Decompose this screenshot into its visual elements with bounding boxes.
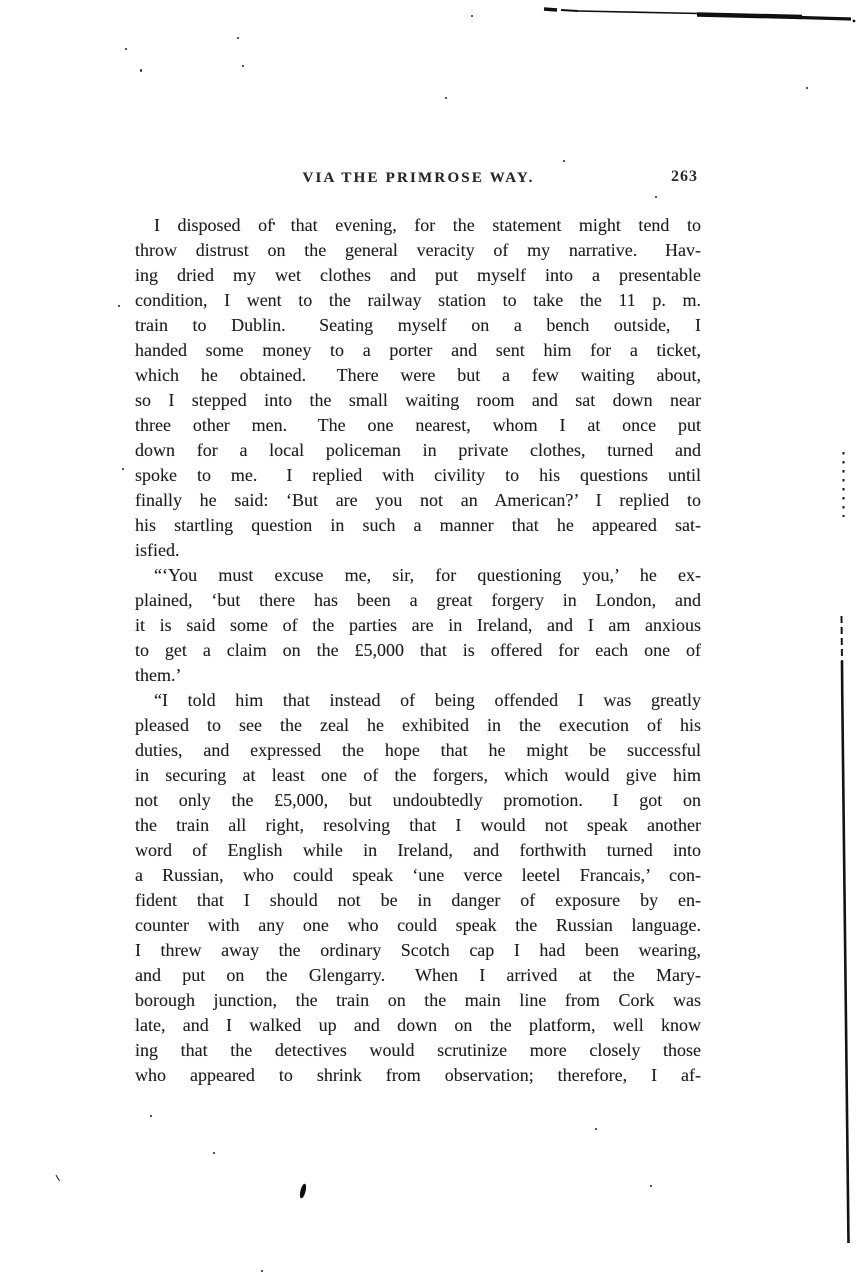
text-line: handed some money to a porter and sent h… bbox=[135, 338, 701, 363]
scan-speck bbox=[242, 65, 244, 67]
ink-blotch bbox=[299, 1183, 308, 1199]
body-text: I disposed of that evening, for the stat… bbox=[135, 213, 701, 1088]
scan-speck bbox=[445, 97, 447, 99]
text-line: not only the £5,000, but undoubtedly pro… bbox=[135, 788, 701, 813]
scan-speck bbox=[471, 15, 473, 17]
scan-line-top-right bbox=[544, 9, 851, 19]
scan-speck bbox=[150, 1115, 152, 1117]
text-line: it is said some of the parties are in Ir… bbox=[135, 613, 701, 638]
text-line: counter with any one who could speak the… bbox=[135, 913, 701, 938]
scan-speck bbox=[118, 305, 120, 307]
text-line: I disposed of that evening, for the stat… bbox=[135, 213, 701, 238]
scan-dash-right-margin bbox=[842, 616, 843, 663]
text-line: condition, I went to the railway station… bbox=[135, 288, 701, 313]
text-line: I threw away the ordinary Scotch cap I h… bbox=[135, 938, 701, 963]
text-line: in securing at least one of the forgers,… bbox=[135, 763, 701, 788]
text-line: so I stepped into the small waiting room… bbox=[135, 388, 701, 413]
text-line: plained, ‘but there has been a great for… bbox=[135, 588, 701, 613]
text-line: word of English while in Ireland, and fo… bbox=[135, 838, 701, 863]
text-line: down for a local policeman in private cl… bbox=[135, 438, 701, 463]
scan-speck bbox=[655, 196, 657, 198]
text-line: “I told him that instead of being offend… bbox=[135, 688, 701, 713]
text-line: which he obtained. There were but a few … bbox=[135, 363, 701, 388]
text-line: the train all right, resolving that I wo… bbox=[135, 813, 701, 838]
scan-speck bbox=[213, 1152, 215, 1154]
scan-tick-mark bbox=[56, 1175, 60, 1181]
running-title: VIA THE PRIMROSE WAY. bbox=[135, 170, 702, 187]
scanned-page: VIA THE PRIMROSE WAY. 263 I disposed of … bbox=[0, 0, 857, 1283]
text-line: his startling question in such a manner … bbox=[135, 513, 701, 538]
page-number: 263 bbox=[671, 168, 698, 186]
scan-speck bbox=[125, 48, 127, 50]
text-line: pleased to see the zeal he exhibited in … bbox=[135, 713, 701, 738]
scan-speck bbox=[237, 37, 239, 39]
text-line: throw distrust on the general veracity o… bbox=[135, 238, 701, 263]
text-line: ing that the detectives would scrutinize… bbox=[135, 1038, 701, 1063]
text-line: spoke to me. I replied with civility to … bbox=[135, 463, 701, 488]
text-line: them.’ bbox=[135, 663, 701, 688]
scan-dot-top-right bbox=[853, 20, 856, 23]
scan-speck bbox=[563, 160, 565, 162]
text-line: who appeared to shrink from observation;… bbox=[135, 1063, 701, 1088]
text-line: borough junction, the train on the main … bbox=[135, 988, 701, 1013]
scan-speck bbox=[261, 1270, 263, 1272]
scan-edge-line-right bbox=[842, 661, 849, 1243]
text-line: to get a claim on the £5,000 that is off… bbox=[135, 638, 701, 663]
scan-speck bbox=[595, 1128, 597, 1130]
text-line: isfied. bbox=[135, 538, 701, 563]
text-line: ing dried my wet clothes and put myself … bbox=[135, 263, 701, 288]
text-line: train to Dublin. Seating myself on a ben… bbox=[135, 313, 701, 338]
text-line: and put on the Glengarry. When I arrived… bbox=[135, 963, 701, 988]
text-line: late, and I walked up and down on the pl… bbox=[135, 1013, 701, 1038]
text-line: a Russian, who could speak ‘une verce le… bbox=[135, 863, 701, 888]
running-header: VIA THE PRIMROSE WAY. 263 bbox=[135, 170, 702, 192]
text-line: finally he said: ‘But are you not an Ame… bbox=[135, 488, 701, 513]
scan-speck bbox=[122, 468, 124, 470]
text-line: fident that I should not be in danger of… bbox=[135, 888, 701, 913]
scan-speck bbox=[806, 87, 808, 89]
scan-speck bbox=[650, 1185, 652, 1187]
text-line: three other men. The one nearest, whom I… bbox=[135, 413, 701, 438]
scan-speck bbox=[140, 69, 142, 72]
text-line: “‘You must excuse me, sir, for questioni… bbox=[135, 563, 701, 588]
text-line: duties, and expressed the hope that he m… bbox=[135, 738, 701, 763]
